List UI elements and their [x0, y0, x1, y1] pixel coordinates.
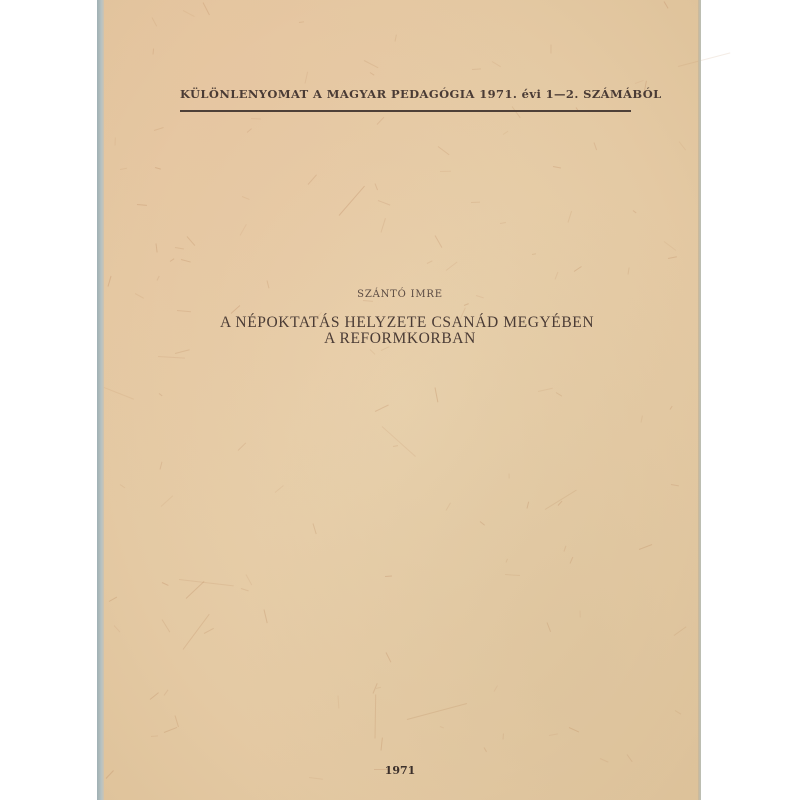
paper-fiber — [509, 473, 510, 478]
paper-fiber — [113, 625, 120, 632]
paper-fiber — [363, 300, 374, 302]
paper-fiber — [438, 146, 450, 155]
paper-fiber — [177, 310, 191, 312]
paper-fiber — [163, 689, 168, 695]
paper-fiber — [567, 211, 572, 223]
paper-fiber — [186, 581, 205, 599]
paper-fiber — [162, 582, 169, 586]
paper-fiber — [381, 347, 389, 352]
paper-fiber — [307, 175, 316, 185]
paper-fiber — [471, 202, 480, 203]
paper-fiber — [564, 545, 567, 551]
paper-fiber — [671, 484, 679, 486]
paper-fiber — [675, 710, 681, 714]
paper-fiber — [570, 556, 574, 563]
paper-fiber — [632, 210, 636, 213]
paper-fiber — [204, 628, 214, 634]
paper-fiber — [445, 503, 450, 511]
paper-fiber — [550, 45, 551, 54]
paper-fiber — [568, 727, 578, 732]
paper-fiber — [532, 254, 536, 256]
paper-fiber — [174, 715, 178, 727]
paper-fiber — [275, 486, 284, 493]
paper-fiber — [263, 610, 267, 624]
paper-fiber — [175, 247, 184, 250]
paper-fiber — [670, 405, 673, 409]
paper-fiber — [158, 356, 185, 359]
paper-fiber — [627, 754, 633, 762]
paper-fiber — [104, 387, 134, 399]
paper-right-edge — [698, 0, 701, 800]
paper-fiber — [479, 521, 485, 526]
paper-fiber — [377, 118, 384, 126]
paper-fiber — [370, 349, 376, 355]
paper-fiber — [382, 426, 416, 457]
paper-fiber — [440, 171, 451, 172]
title-line-2: A REFORMKORBAN — [220, 331, 580, 347]
paper-fiber — [446, 262, 458, 272]
header-rule — [180, 110, 631, 112]
paper-fiber — [237, 442, 246, 451]
paper-fiber — [407, 703, 467, 720]
paper-fiber — [500, 222, 506, 224]
paper-fiber — [266, 281, 269, 289]
paper-fiber — [109, 597, 118, 602]
paper-fiber — [574, 266, 582, 272]
author-name: SZÁNTÓ IMRE — [250, 289, 550, 300]
paper-fiber — [162, 620, 171, 633]
paper-fiber — [638, 544, 652, 550]
paper-fiber — [395, 35, 397, 42]
paper-fiber — [374, 183, 377, 190]
paper-fiber — [556, 392, 562, 396]
paper-fiber — [546, 622, 551, 632]
paper-fiber — [186, 236, 194, 245]
paper-fiber — [338, 186, 365, 216]
paper-fiber — [304, 72, 308, 84]
paper-fiber — [134, 293, 143, 298]
paper-fiber — [376, 687, 381, 689]
paper-fiber — [183, 10, 195, 17]
paper-fiber — [553, 166, 561, 168]
paper-fiber — [369, 72, 373, 75]
paper-fiber — [628, 267, 630, 274]
paper-fiber — [472, 68, 481, 70]
paper-fiber — [385, 576, 392, 578]
paper-fiber — [393, 445, 398, 447]
paper-fiber — [120, 484, 125, 488]
paper-fiber — [239, 224, 247, 236]
paper-fiber — [381, 218, 387, 233]
paper-fiber — [202, 3, 209, 16]
paper-fiber — [678, 53, 730, 67]
paper-fiber — [427, 260, 433, 264]
paper-fiber — [245, 575, 251, 586]
paper-fiber — [170, 258, 175, 262]
paper-fiber — [175, 349, 190, 354]
paper-fiber — [337, 696, 339, 709]
paper-fiber — [664, 2, 669, 9]
paper-fiber — [152, 49, 154, 55]
paper-fiber — [600, 758, 608, 762]
paper-fiber — [152, 17, 158, 27]
paper-fiber — [156, 276, 159, 281]
paper-fiber — [375, 404, 389, 411]
paper-fiber — [241, 588, 249, 591]
paper-fiber — [506, 559, 508, 563]
paper-fiber — [579, 611, 580, 618]
paper-fiber — [154, 127, 164, 131]
paper-fiber — [435, 235, 443, 247]
paper-fiber — [378, 200, 391, 206]
paper-fiber — [160, 496, 172, 507]
paper-fiber — [242, 196, 250, 200]
paper-fiber — [434, 388, 438, 402]
paper-fiber — [664, 241, 676, 251]
paper-fiber — [593, 142, 597, 150]
paper-fiber — [158, 393, 162, 396]
paper-fiber — [674, 626, 687, 636]
paper-fiber — [667, 257, 676, 260]
paper-fiber — [375, 695, 377, 739]
paper-fiber — [527, 502, 530, 509]
paper-fiber — [505, 574, 520, 576]
paper-fiber — [164, 727, 178, 733]
paper-fiber — [247, 129, 252, 134]
document-scan: KÜLÖNLENYOMAT A MAGYAR PEDAGÓGIA 1971. é… — [0, 0, 800, 800]
paper-fiber — [150, 692, 159, 700]
paper-fiber — [679, 141, 687, 151]
publication-year: 1971 — [370, 764, 430, 777]
paper-fiber — [440, 726, 444, 728]
paper-fiber — [309, 777, 323, 780]
paper-fiber — [549, 733, 558, 736]
paper-fiber — [137, 204, 147, 206]
paper-fiber — [179, 579, 234, 586]
paper-fiber — [106, 770, 115, 779]
paper-cover — [104, 0, 700, 800]
paper-fiber — [313, 524, 317, 535]
paper-fiber — [511, 106, 520, 118]
paper-fiber — [554, 272, 558, 279]
paper-fiber — [503, 733, 504, 739]
paper-fiber — [464, 304, 469, 307]
paper-fiber — [120, 168, 127, 170]
document-title: A NÉPOKTATÁS HELYZETE CSANÁD MEGYÉBEN A … — [220, 315, 580, 347]
paper-fiber — [364, 60, 378, 68]
paper-fiber — [181, 259, 191, 263]
paper-fiber — [159, 461, 162, 469]
paper-fiber — [492, 61, 501, 67]
paper-fiber — [155, 167, 161, 169]
paper-fiber — [251, 118, 261, 120]
paper-fiber — [231, 305, 241, 314]
paper-fiber — [114, 138, 115, 146]
paper-fiber — [635, 80, 644, 84]
paper-fiber — [538, 388, 553, 392]
paper-fiber — [640, 416, 642, 423]
paper-fiber — [381, 737, 383, 750]
paper-fiber — [385, 652, 391, 662]
offprint-header: KÜLÖNLENYOMAT A MAGYAR PEDAGÓGIA 1971. é… — [180, 87, 630, 101]
title-line-1: A NÉPOKTATÁS HELYZETE CSANÁD MEGYÉBEN — [220, 315, 580, 331]
paper-fiber — [108, 276, 112, 287]
paper-fiber — [503, 131, 509, 135]
paper-fiber — [299, 21, 304, 23]
paper-fiber — [493, 686, 497, 692]
paper-fiber — [483, 747, 486, 752]
paper-fiber — [151, 736, 158, 738]
paper-fiber — [156, 243, 158, 252]
